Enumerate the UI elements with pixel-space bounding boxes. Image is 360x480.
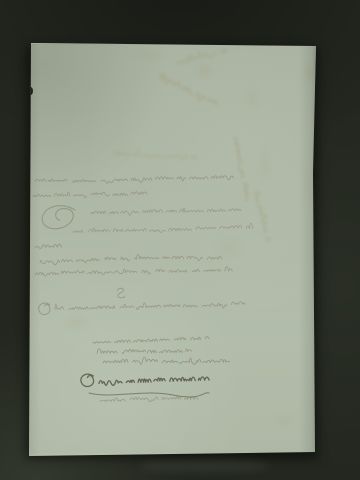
photo-background xyxy=(0,0,360,480)
body-line-1 xyxy=(35,175,234,185)
body-line-4 xyxy=(73,223,253,235)
surface-streak xyxy=(140,460,270,472)
signature-4-initial xyxy=(81,374,94,386)
bleedthrough-1 xyxy=(157,72,219,108)
bleedthrough-3 xyxy=(254,191,274,242)
body-line-5 xyxy=(40,252,222,265)
small-knot-mark xyxy=(117,288,125,298)
signature-3 xyxy=(103,355,230,366)
manuscript-page xyxy=(29,43,316,456)
signature-4 xyxy=(99,377,209,386)
body-line-7 xyxy=(55,300,246,312)
body-line-2 xyxy=(33,191,147,199)
bleedthrough-2 xyxy=(233,137,251,201)
signature-1 xyxy=(93,337,209,344)
body-line-6 xyxy=(35,266,232,276)
capital-o-flourish xyxy=(39,303,50,315)
body-line-3 xyxy=(91,207,241,217)
signature-4-underline xyxy=(89,393,209,397)
date-line xyxy=(35,244,62,248)
bleedthrough-4 xyxy=(114,148,197,160)
bleedthrough-5 xyxy=(175,45,227,66)
capital-d-flourish xyxy=(42,206,75,229)
handwriting-layer xyxy=(29,43,316,456)
signature-2 xyxy=(97,347,192,354)
